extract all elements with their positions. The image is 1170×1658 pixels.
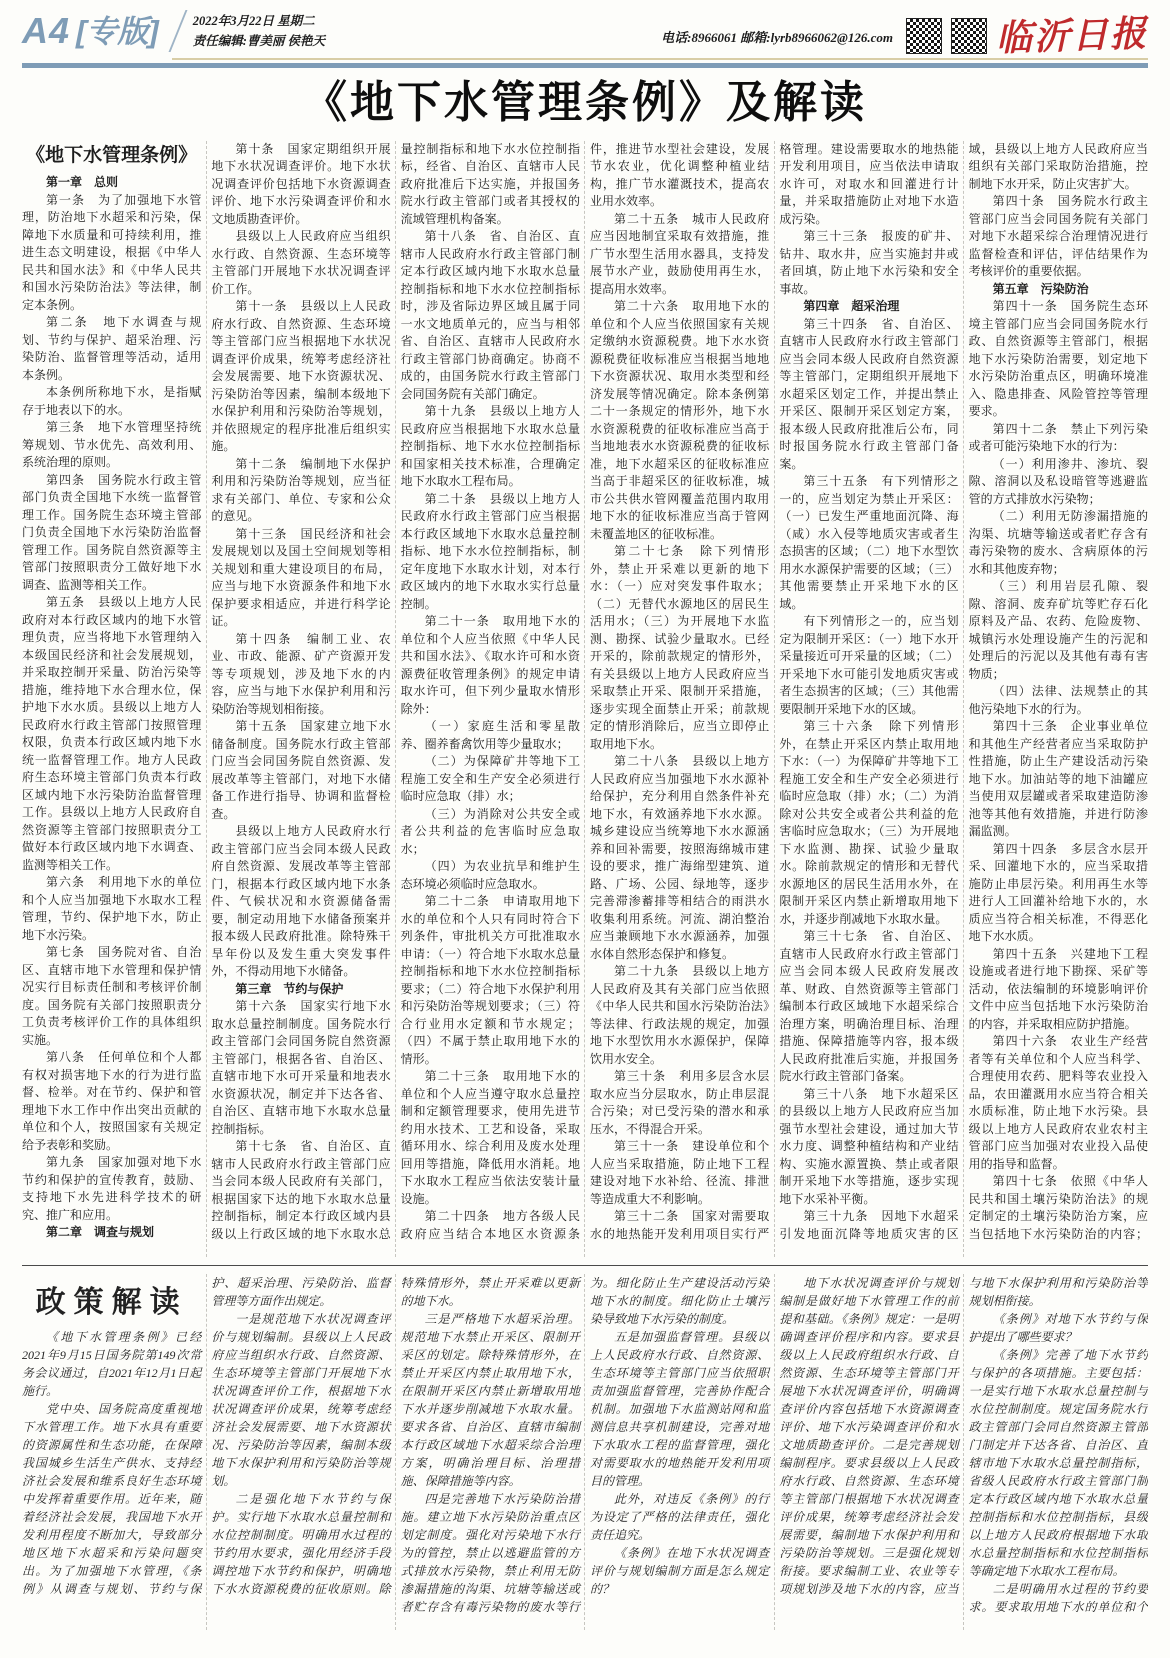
regulation-paragraph: 第三条 地下水管理坚持统筹规划、节水优先、高效利用、系统治理的原则。	[22, 419, 201, 472]
regulation-paragraph: 第三十五条 有下列情形之一的，应当划定为禁止开采区：（一）已发生严重地面沉降、海…	[779, 473, 958, 613]
regulation-text-columns: 《地下水管理条例》 第一章 总则第一条 为了加强地下水管理，防治地下水超采和污染…	[22, 141, 1148, 1257]
regulation-body: 第一章 总则第一条 为了加强地下水管理，防治地下水超采和污染，保障地下水质量和可…	[22, 141, 1148, 1257]
regulation-paragraph: （三）为消除对公共安全或者公共利益的危害临时应急取水；	[401, 806, 580, 859]
newspaper-page: A4 [专版] 2022年3月22日 星期二 责任编辑:曹美丽 侯艳天 电话:8…	[0, 0, 1170, 1658]
regulation-paragraph: 第四十五条 兴建地下工程设施或者进行地下勘探、采矿等活动，依法编制的环境影响评价…	[969, 946, 1148, 1034]
regulation-paragraph: 第十六条 国家实行地下水取水总量控制制度。国务院水行政主管部门会同国务院自然资源…	[211, 998, 390, 1138]
regulation-paragraph: 第八条 任何单位和个人都有权对损害地下水的行为进行监督、检举。对在节约、保护和管…	[22, 1049, 201, 1154]
interpretation-paragraph: 《条例》完善了地下水节约与保护的各项措施。主要包括：一是实行地下水取水总量控制与…	[969, 1346, 1148, 1580]
masthead-rule	[22, 63, 1148, 68]
masthead-left: A4 [专版] 2022年3月22日 星期二 责任编辑:曹美丽 侯艳天	[22, 10, 325, 52]
regulation-paragraph: （二）利用无防渗漏措施的沟渠、坑塘等输送或者贮存含有毒污染物的废水、含病原体的污…	[969, 508, 1148, 578]
regulation-paragraph: 第二条 地下水调查与规划、节约与保护、超采治理、污染防治、监督管理等活动，适用本…	[22, 314, 201, 384]
regulation-paragraph: 第二十八条 县级以上地方人民政府应当加强地下水水源补给保护，充分利用自然条件补充…	[590, 753, 769, 963]
regulation-paragraph: 第四十四条 多层含水层开采、回灌地下水的，应当采取措施防止串层污染。利用再生水等…	[969, 841, 1148, 946]
page-number-label: A4	[22, 13, 70, 49]
regulation-paragraph: （一）利用渗井、渗坑、裂隙、溶洞以及私设暗管等逃避监管的方式排放水污染物；	[969, 456, 1148, 509]
interpretation-paragraph: 一是规范地下水状况调查评价与规划编制。县级以上人民政府应当组织水行政、自然资源、…	[211, 1310, 390, 1490]
regulation-paragraph: 第十八条 省、自治区、直辖市人民政府水行政主管部门制定本行政区域内地下水取水总量…	[401, 228, 580, 403]
regulation-paragraph: 第四章 超采治理	[779, 298, 958, 316]
regulation-paragraph: 第九条 国家加强对地下水节约和保护的宣传教育，鼓励、支持地下水先进科学技术的研究…	[22, 1154, 201, 1224]
regulation-paragraph: 第四十三条 企业事业单位和其他生产经营者应当采取防护性措施，防止生产建设活动污染…	[969, 718, 1148, 841]
regulation-paragraph: 第二十七条 除下列情形外，禁止开采难以更新的地下水：（一）应对突发事件取水；（二…	[590, 543, 769, 753]
regulation-paragraph: 第四条 国务院水行政主管部门负责全国地下水统一监督管理工作。国务院生态环境主管部…	[22, 472, 201, 595]
masthead-right: 电话:8966061 邮箱:lyrb8966062@126.com 临沂日报	[661, 10, 1148, 54]
regulation-paragraph: （四）为农业抗旱和维护生态环境必须临时应急取水。	[401, 858, 580, 893]
regulation-paragraph: 第二十五条 城市人民政府应当因地制宜采取有效措施，推广节水型生活用水器具，支持发…	[590, 211, 769, 299]
regulation-paragraph: 第一条 为了加强地下水管理，防治地下水超采和污染，保障地下水质量和可持续利用，推…	[22, 192, 201, 315]
interpretation-paragraph: 《条例》对地下水节约与保护提出了哪些要求？	[969, 1310, 1148, 1346]
interpretation-paragraph: 《地下水管理条例》已经2021年9月15日国务院第149次常务会议通过，自202…	[22, 1328, 201, 1400]
regulation-paragraph: 第四十一条 国务院生态环境主管部门应当会同国务院水行政、自然资源等主管部门，根据…	[969, 298, 1148, 421]
regulation-paragraph: 第十三条 国民经济和社会发展规划以及国土空间规划等相关规划和重大建设项目的布局，…	[211, 526, 390, 631]
page-headline: 《地下水管理条例》及解读	[22, 78, 1148, 129]
regulation-paragraph: （二）为保障矿井等地下工程施工安全和生产安全必须进行临时应急取（排）水；	[401, 753, 580, 806]
interpretation-paragraph: 此外，对违反《条例》的行为设定了严格的法律责任，强化责任追究。	[590, 1490, 769, 1544]
masthead: A4 [专版] 2022年3月22日 星期二 责任编辑:曹美丽 侯艳天 电话:8…	[22, 10, 1148, 56]
regulation-paragraph: 第三章 节约与保护	[211, 981, 390, 999]
regulation-paragraph: 第十条 国家定期组织开展地下水状况调查评价。地下水状况调查评价包括地下水资源调查…	[211, 141, 390, 229]
regulation-paragraph: 第十一条 县级以上人民政府水行政、自然资源、生态环境等主管部门应当根据地下水状况…	[211, 298, 390, 456]
regulation-title: 《地下水管理条例》	[22, 147, 201, 165]
regulation-paragraph: 第三十一条 建设单位和个人应当采取措施，防止地下工程建设对地下水补给、径流、排泄…	[590, 1138, 769, 1208]
regulation-paragraph: 第四十六条 农业生产经营者等有关单位和个人应当科学、合理使用农药、肥料等农业投入…	[969, 1033, 1148, 1173]
regulation-paragraph: 第三十八条 地下水超采区的县级以上地方人民政府应当加强节水型社会建设，通过加大节…	[779, 1086, 958, 1209]
regulation-paragraph: 第七条 国务院对省、自治区、直辖市地下水管理和保护情况实行目标责任制和考核评价制…	[22, 944, 201, 1049]
interpretation-paragraph: 五是加强监督管理。县级以上人民政府水行政、自然资源、生态环境等主管部门应当依照职…	[590, 1328, 769, 1490]
regulation-paragraph: （一）家庭生活和零星散养、圈养畜禽饮用等少量取水；	[401, 718, 580, 753]
interpretation-columns: 政策解读 《地下水管理条例》已经2021年9月15日国务院第149次常务会议通过…	[22, 1274, 1148, 1630]
slant-divider	[168, 10, 187, 52]
newspaper-logo: 临沂日报	[995, 15, 1148, 56]
regulation-paragraph: 第二十二条 申请取用地下水的单位和个人只有同时符合下列条件，审批机关方可批准取水…	[401, 893, 580, 1068]
regulation-paragraph: 第二十三条 取用地下水的单位和个人应当遵守取水总量控制和定额管理要求，使用先进节…	[401, 1068, 580, 1208]
regulation-paragraph: 第二十九条 县级以上地方人民政府及其有关部门应当依照《中华人民共和国水污染防治法…	[590, 963, 769, 1068]
regulation-paragraph: 第五条 县级以上地方人民政府对本行政区域内的地下水管理负责，应当将地下水管理纳入…	[22, 594, 201, 874]
regulation-paragraph: 第三十条 利用多层含水层取水应当分层取水，防止串层混合污染；对已受污染的潜水和承…	[590, 1068, 769, 1138]
qr-code-icon	[906, 18, 942, 54]
contact-info: 电话:8966061 邮箱:lyrb8966062@126.com	[661, 27, 893, 46]
regulation-paragraph: 第二十条 县级以上地方人民政府水行政主管部门应当根据本行政区域地下水取水总量控制…	[401, 491, 580, 614]
qr-code-icon	[951, 18, 987, 54]
interpretation-paragraph: 《条例》在地下水状况调查评价与规划编制方面是怎么规定的？	[590, 1544, 769, 1598]
regulation-paragraph: 第三十七条 省、自治区、直辖市人民政府水行政主管部门应当会同本级人民政府发展改革…	[779, 928, 958, 1086]
regulation-paragraph: 第十九条 县级以上地方人民政府应当根据地下水取水总量控制指标、地下水水位控制指标…	[401, 403, 580, 491]
regulation-paragraph: 第三十四条 省、自治区、直辖市人民政府水行政主管部门应当会同本级人民政府自然资源…	[779, 316, 958, 474]
regulation-paragraph: 第四十条 国务院水行政主管部门应当会同国务院有关部门对地下水超采综合治理情况进行…	[969, 193, 1148, 281]
regulation-paragraph: 第四十二条 禁止下列污染或者可能污染地下水的行为：	[969, 421, 1148, 456]
section-divider-rule	[22, 1265, 1148, 1266]
regulation-paragraph: 第五章 污染防治	[969, 281, 1148, 299]
regulation-paragraph: 第二十六条 取用地下水的单位和个人应当依照国家有关规定缴纳水资源税费。地下水水资…	[590, 298, 769, 543]
interpretation-paragraph: 三是严格地下水超采治理。规范地下水禁止开采区、限制开采区的划定。除特殊情形外，在…	[401, 1310, 580, 1490]
regulation-paragraph: 第十四条 编制工业、农业、市政、能源、矿产资源开发等专项规划，涉及地下水的内容，…	[211, 631, 390, 719]
regulation-paragraph: 第十二条 编制地下水保护利用和污染防治等规划，应当征求有关部门、单位、专家和公众…	[211, 456, 390, 526]
regulation-paragraph: 有下列情形之一的，应当划定为限制开采区：（一）地下水开采量接近可开采量的区域；（…	[779, 613, 958, 718]
regulation-paragraph: 第六条 利用地下水的单位和个人应当加强地下水取水工程管理，节约、保护地下水，防止…	[22, 874, 201, 944]
section-label: [专版]	[76, 16, 159, 47]
regulation-paragraph: 县级以上人民政府应当组织水行政、自然资源、生态环境等主管部门开展地下水状况调查评…	[211, 228, 390, 298]
interpretation-body: 《地下水管理条例》已经2021年9月15日国务院第149次常务会议通过，自202…	[22, 1274, 1148, 1630]
regulation-paragraph: 第一章 总则	[22, 174, 201, 192]
regulation-paragraph: （三）利用岩层孔隙、裂隙、溶洞、废弃矿坑等贮存石化原料及产品、农药、危险废物、城…	[969, 578, 1148, 683]
regulation-paragraph: 第三十六条 除下列情形外，在禁止开采区内禁止取用地下水：（一）为保障矿井等地下工…	[779, 718, 958, 928]
regulation-paragraph: 第二十一条 取用地下水的单位和个人应当依照《中华人民共和国水法》、《取水许可和水…	[401, 613, 580, 718]
regulation-paragraph: 第二章 调查与规划	[22, 1224, 201, 1242]
regulation-paragraph: （四）法律、法规禁止的其他污染地下水的行为。	[969, 683, 1148, 718]
regulation-paragraph: 县级以上地方人民政府水行政主管部门应当会同本级人民政府自然资源、发展改革等主管部…	[211, 823, 390, 981]
regulation-paragraph: 第十五条 国家建立地下水储备制度。国务院水行政主管部门应当会同国务院自然资源、发…	[211, 718, 390, 823]
interpretation-title: 政策解读	[22, 1294, 201, 1312]
regulation-paragraph: 本条例所称地下水，是指赋存于地表以下的水。	[22, 384, 201, 419]
date-editor-text: 2022年3月22日 星期二 责任编辑:曹美丽 侯艳天	[193, 11, 325, 51]
regulation-paragraph: 第三十三条 报废的矿井、钻井、取水井，应当实施封井或者回填，防止地下水污染和安全…	[779, 228, 958, 298]
